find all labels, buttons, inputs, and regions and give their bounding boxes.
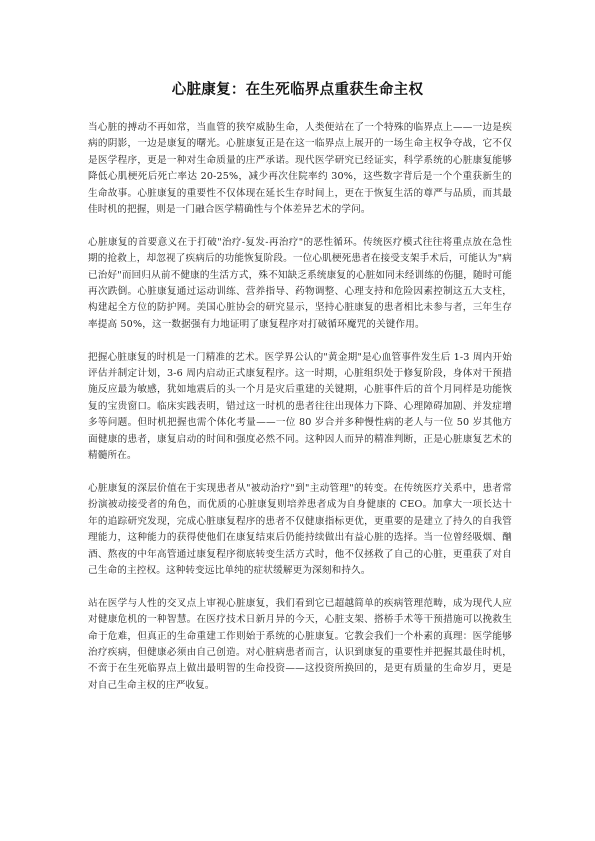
paragraph-self-management: 心脏康复的深层价值在于实现患者从"被动治疗"到"主动管理"的转变。在传统医疗关系…	[88, 481, 512, 579]
paragraph-conclusion: 站在医学与人性的交叉点上审视心脏康复，我们看到它已超越简单的疾病管理范畴，成为现…	[88, 596, 512, 694]
paragraph-intro: 当心脏的搏动不再如常，当血管的狭窄威胁生命，人类便站在了一个特殊的临界点上——一…	[88, 120, 512, 218]
document-body: 当心脏的搏动不再如常，当血管的狭窄威胁生命，人类便站在了一个特殊的临界点上——一…	[88, 120, 512, 711]
paragraph-cycle: 心脏康复的首要意义在于打破"治疗-复发-再治疗"的恶性循环。传统医疗模式往往将重…	[88, 235, 512, 333]
paragraph-timing: 把握心脏康复的时机是一门精准的艺术。医学界公认的"黄金期"是心血管事件发生后 1…	[88, 350, 512, 465]
document-page: 心脏康复：在生死临界点重获生命主权 当心脏的搏动不再如常，当血管的狭窄威胁生命，…	[0, 0, 595, 841]
document-title: 心脏康复：在生死临界点重获生命主权	[0, 78, 595, 99]
